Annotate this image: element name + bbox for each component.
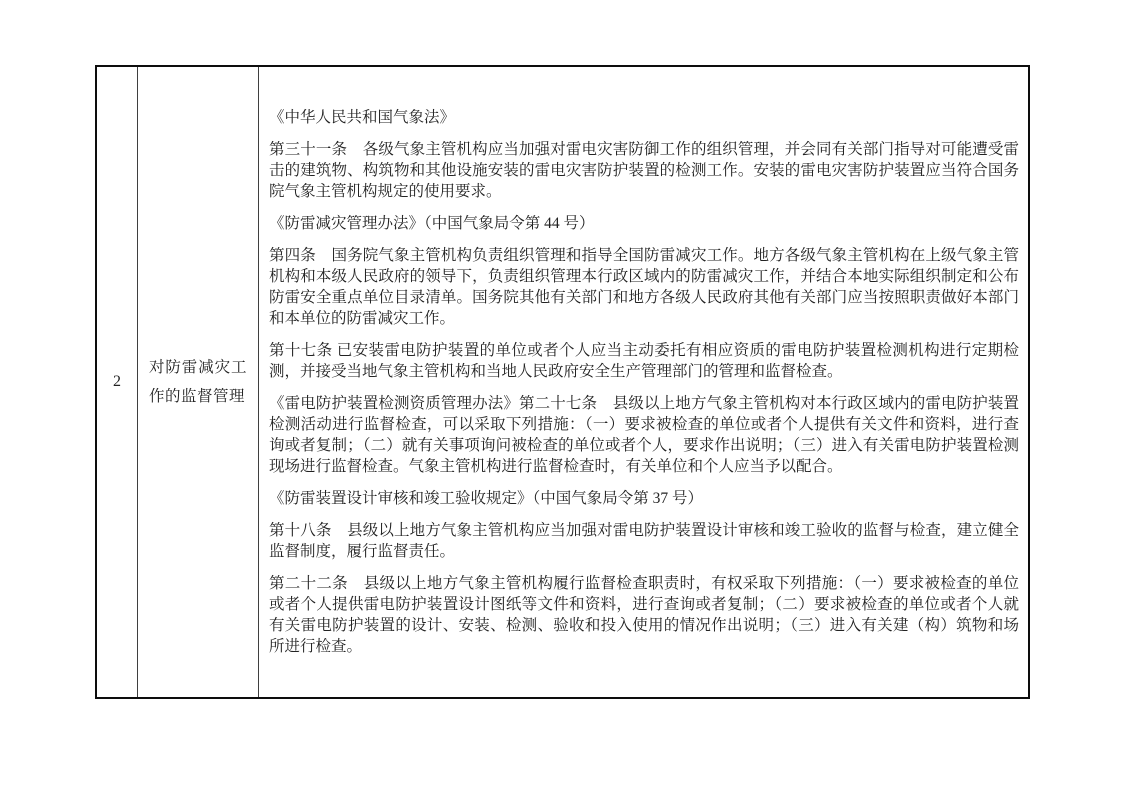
- legal-paragraph: 《中华人民共和国气象法》: [269, 107, 1019, 128]
- legal-paragraph: 《雷电防护装置检测资质管理办法》第二十七条 县级以上地方气象主管机构对本行政区域…: [269, 393, 1019, 477]
- legal-paragraph: 第十八条 县级以上地方气象主管机构应当加强对雷电防护装置设计审核和竣工验收的监督…: [269, 520, 1019, 562]
- legal-paragraph: 第十七条 已安装雷电防护装置的单位或者个人应当主动委托有相应资质的雷电防护装置检…: [269, 340, 1019, 382]
- legal-paragraph: 《防雷装置设计审核和竣工验收规定》（中国气象局令第 37 号）: [269, 488, 1019, 509]
- row-number: 2: [113, 373, 121, 391]
- regulation-table: 2 对防雷减灾工作的监督管理 《中华人民共和国气象法》第三十一条 各级气象主管机…: [95, 65, 1030, 699]
- legal-paragraph: 第三十一条 各级气象主管机构应当加强对雷电灾害防御工作的组织管理，并会同有关部门…: [269, 139, 1019, 202]
- legal-text-cell: 《中华人民共和国气象法》第三十一条 各级气象主管机构应当加强对雷电灾害防御工作的…: [259, 67, 1028, 697]
- legal-paragraph: 第四条 国务院气象主管机构负责组织管理和指导全国防雷减灾工作。地方各级气象主管机…: [269, 245, 1019, 329]
- document-page: 2 对防雷减灾工作的监督管理 《中华人民共和国气象法》第三十一条 各级气象主管机…: [0, 0, 1122, 793]
- legal-paragraph: 第二十二条 县级以上地方气象主管机构履行监督检查职责时，有权采取下列措施：（一）…: [269, 573, 1019, 657]
- category-label: 对防雷减灾工作的监督管理: [149, 353, 247, 411]
- category-cell: 对防雷减灾工作的监督管理: [138, 67, 259, 697]
- legal-paragraph: 《防雷减灾管理办法》（中国气象局令第 44 号）: [269, 213, 1019, 234]
- row-number-cell: 2: [97, 67, 138, 697]
